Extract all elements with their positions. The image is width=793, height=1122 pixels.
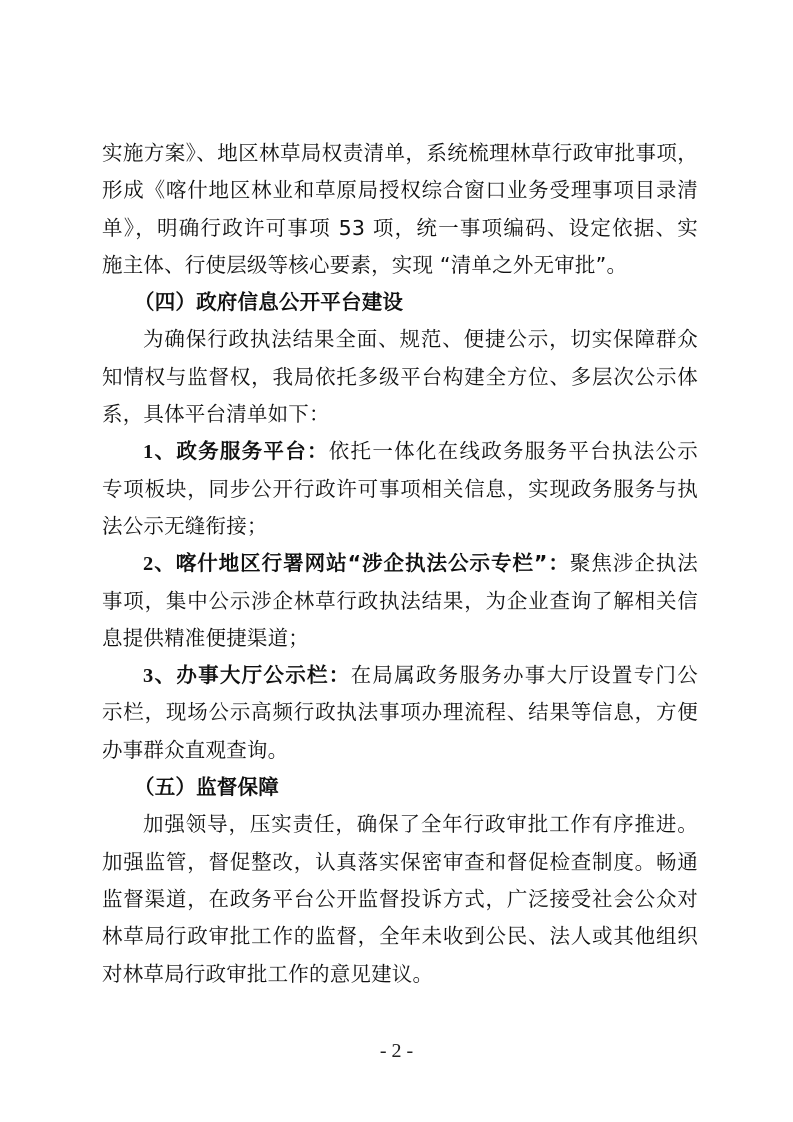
paragraph-line: 系，具体平台清单如下： — [102, 396, 698, 433]
item-number: 1、 — [143, 441, 176, 463]
paragraph-line: 对林草局行政审批工作的意见建议。 — [102, 956, 698, 993]
item-text: 在局属政务服务办事大厅设置专门公 — [351, 663, 698, 687]
document-page: 实施方案》、地区林草局权责清单，系统梳理林草行政审批事项， 形成《喀什地区林业和… — [102, 135, 698, 993]
page-number: - 2 - — [0, 1040, 793, 1063]
paragraph-line: 示栏，现场公示高频行政执法事项办理流程、结果等信息，方便 — [102, 694, 698, 731]
paragraph-line: 加强监管，督促整改，认真落实保密审查和督促检查制度。畅通 — [102, 844, 698, 881]
paragraph-line: 实施方案》、地区林草局权责清单，系统梳理林草行政审批事项， — [102, 135, 698, 172]
paragraph-line: 法公示无缝衔接； — [102, 508, 698, 545]
item-title: 政务服务平台： — [176, 439, 328, 463]
item-title: 喀什地区行署网站“涉企执法公示专栏”： — [176, 551, 570, 575]
section-heading-4: （四）政府信息公开平台建设 — [102, 284, 698, 321]
paragraph-line: 加强领导，压实责任，确保了全年行政审批工作有序推进。 — [102, 806, 698, 843]
paragraph-line: 息提供精准便捷渠道； — [102, 620, 698, 657]
paragraph-line: 知情权与监督权，我局依托多级平台构建全方位、多层次公示体 — [102, 359, 698, 396]
paragraph-line: 监督渠道，在政务平台公开监督投诉方式，广泛接受社会公众对 — [102, 881, 698, 918]
paragraph-line: 单》，明确行政许可事项 53 项，统一事项编码、设定依据、实 — [102, 210, 698, 247]
paragraph-line: 形成《喀什地区林业和草原局授权综合窗口业务受理事项目录清 — [102, 172, 698, 209]
list-item-1: 1、政务服务平台：依托一体化在线政务服务平台执法公示 — [102, 433, 698, 470]
paragraph-line: 办事群众直观查询。 — [102, 732, 698, 769]
list-item-3: 3、办事大厅公示栏：在局属政务服务办事大厅设置专门公 — [102, 657, 698, 694]
item-text: 聚焦涉企执法 — [570, 551, 698, 575]
item-number: 2、 — [143, 553, 176, 575]
item-title: 办事大厅公示栏： — [176, 663, 350, 687]
paragraph-line: 施主体、行使层级等核心要素，实现 “清单之外无审批”。 — [102, 247, 698, 284]
list-item-2: 2、喀什地区行署网站“涉企执法公示专栏”：聚焦涉企执法 — [102, 545, 698, 582]
section-heading-5: （五）监督保障 — [102, 769, 698, 806]
paragraph-line: 为确保行政执法结果全面、规范、便捷公示，切实保障群众 — [102, 321, 698, 358]
paragraph-line: 专项板块，同步公开行政许可事项相关信息，实现政务服务与执 — [102, 471, 698, 508]
item-number: 3、 — [143, 665, 176, 687]
item-text: 依托一体化在线政务服务平台执法公示 — [329, 439, 698, 463]
paragraph-line: 事项，集中公示涉企林草行政执法结果，为企业查询了解相关信 — [102, 583, 698, 620]
paragraph-line: 林草局行政审批工作的监督，全年未收到公民、法人或其他组织 — [102, 918, 698, 955]
